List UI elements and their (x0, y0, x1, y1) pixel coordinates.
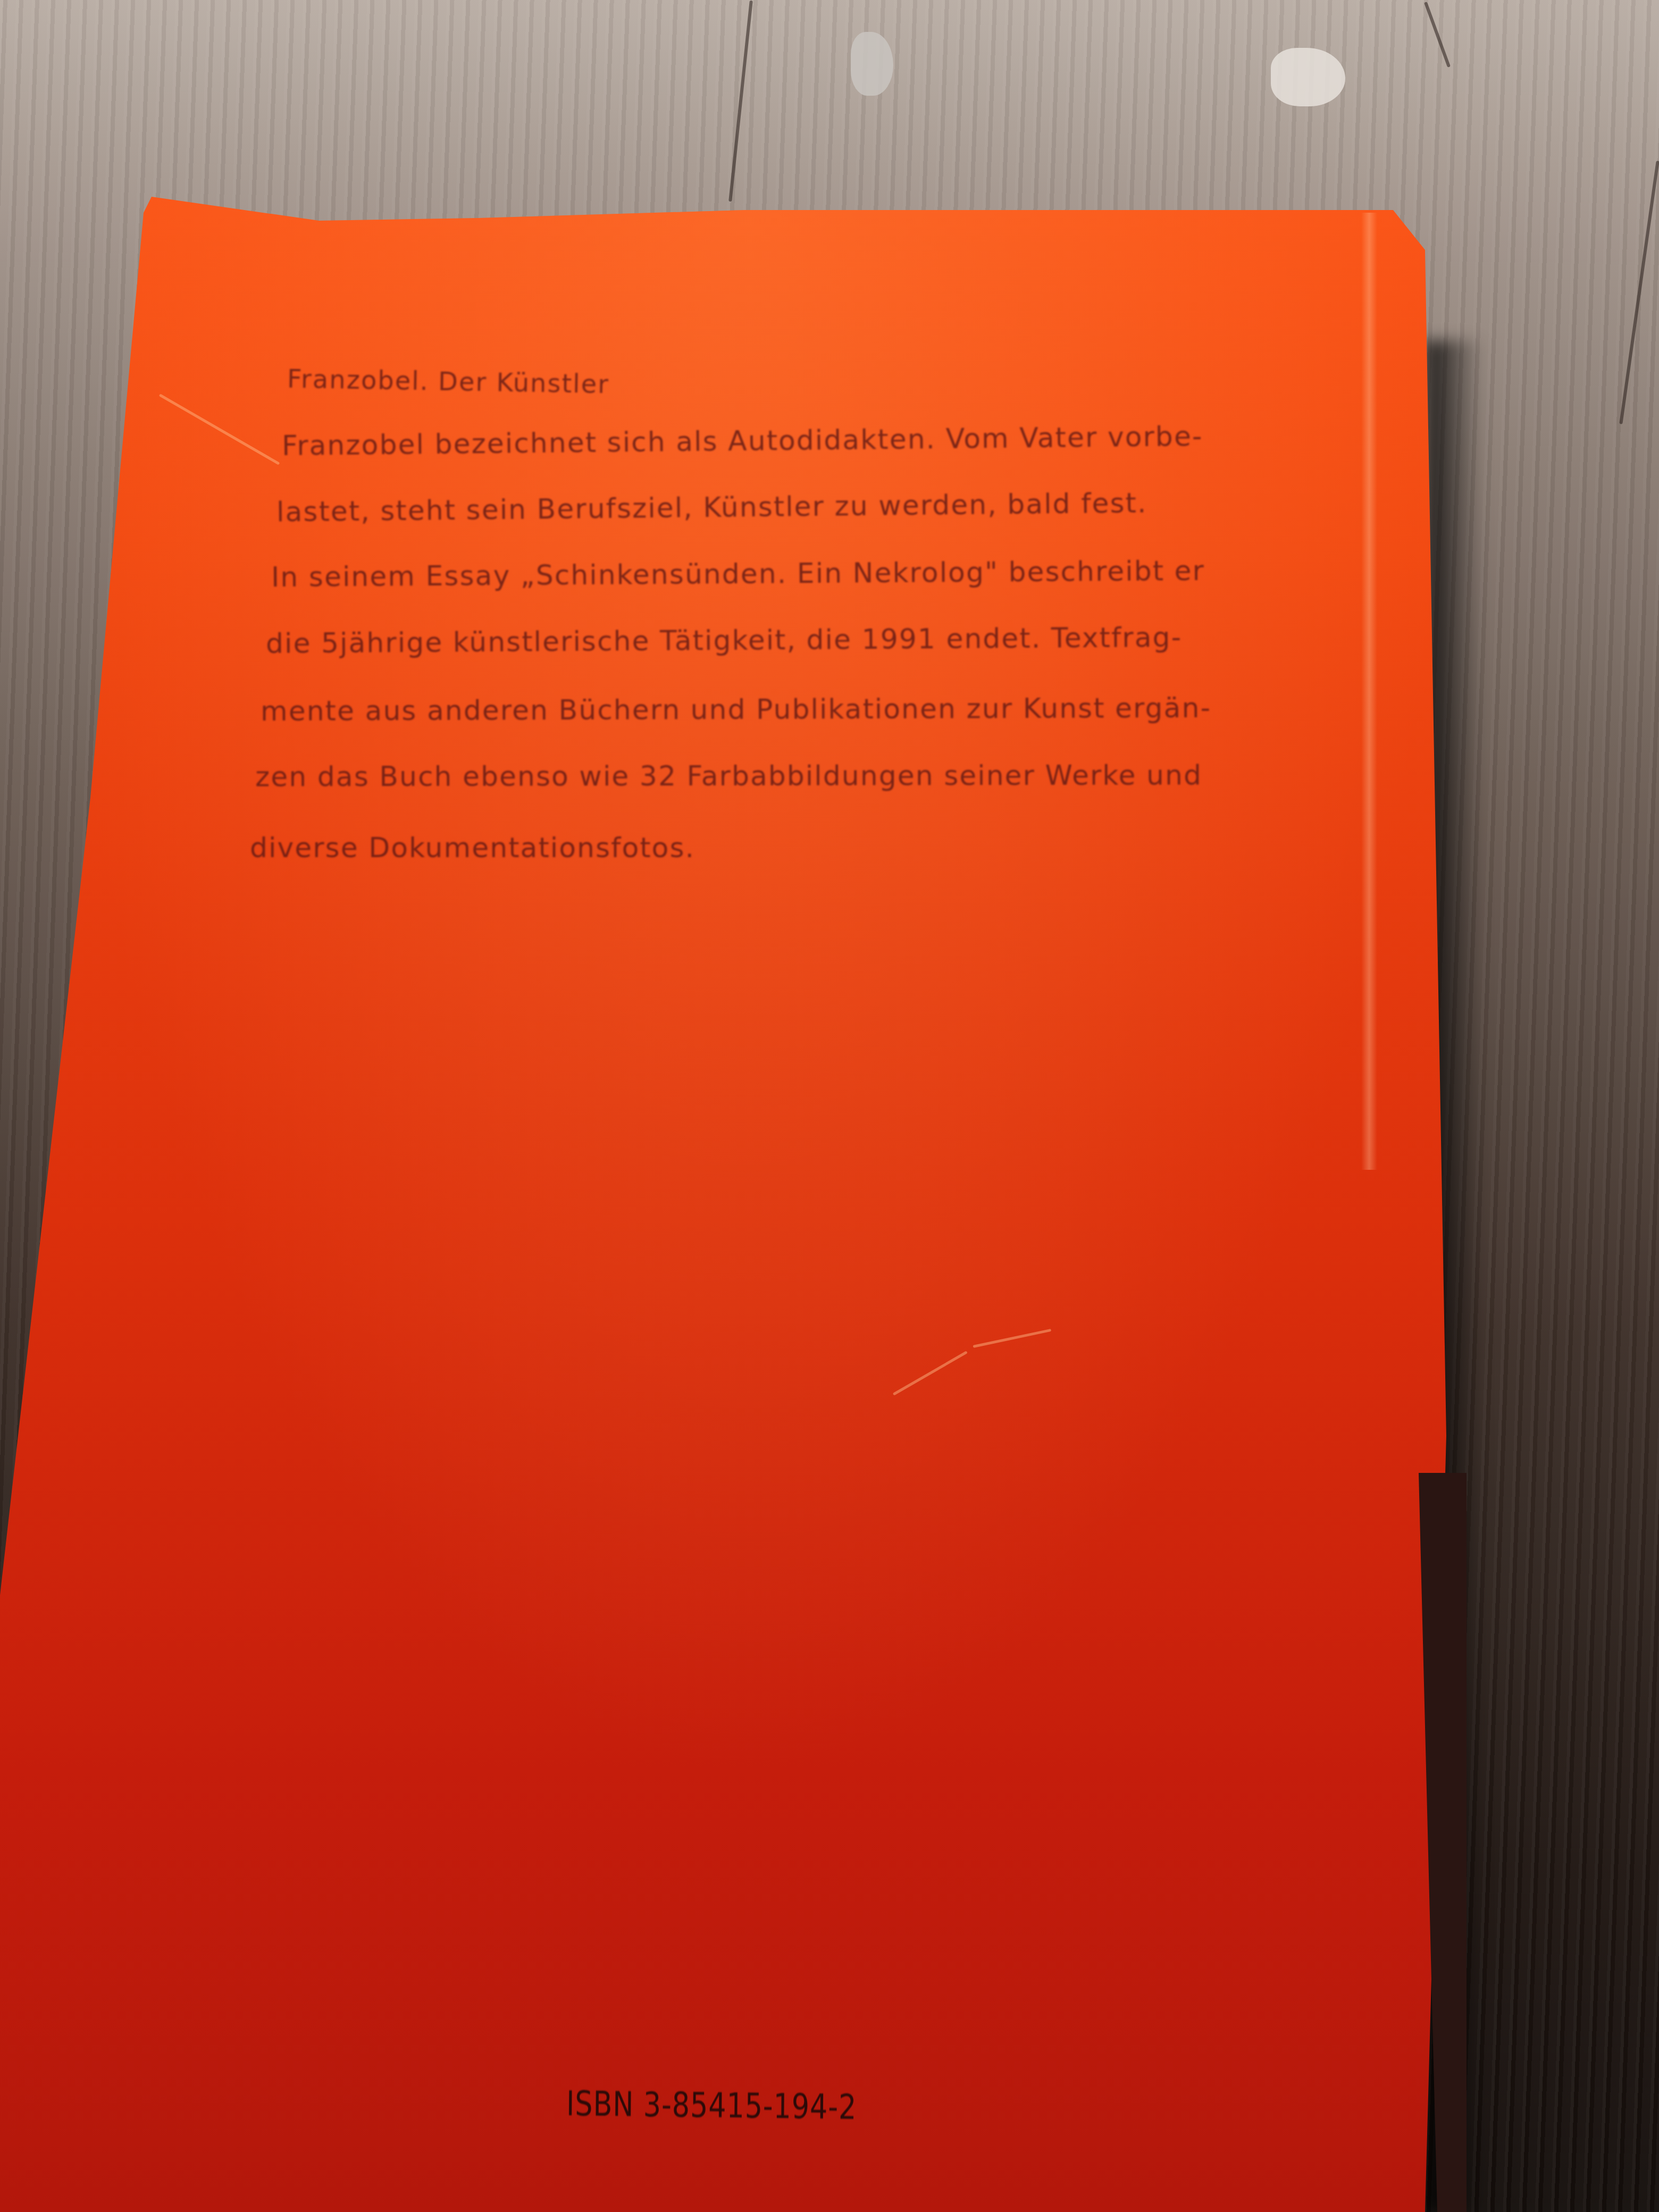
blurb-line: zen das Buch ebenso wie 32 Farbabbildung… (255, 759, 1202, 793)
book-heading: Franzobel. Der Künstler (287, 364, 610, 400)
blurb-line: diverse Dokumentationsfotos. (250, 832, 695, 864)
blurb-line: In seinem Essay „Schinkensünden. Ein Nek… (271, 555, 1205, 593)
isbn-number: ISBN 3-85415-194-2 (566, 2084, 857, 2127)
spine-crease (1361, 213, 1377, 1170)
book-back-cover (0, 0, 1659, 2212)
book: Franzobel. Der Künstler Franzobel bezeic… (0, 0, 1659, 2212)
blurb-line: mente aus anderen Büchern und Publikatio… (261, 692, 1211, 727)
blurb-line: die 5jährige künstlerische Tätigkeit, di… (266, 622, 1183, 660)
